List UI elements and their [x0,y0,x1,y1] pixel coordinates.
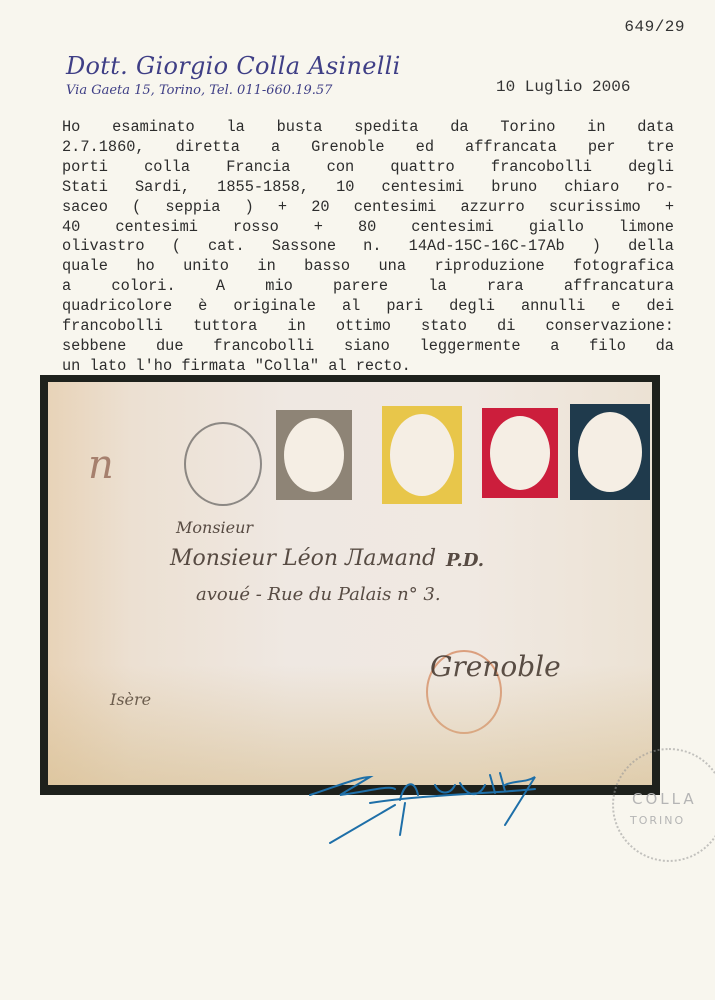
body-line: Ho esaminato la busta spedita da Torino … [62,118,674,138]
body-line: sebbene due francobolli siano leggerment… [62,337,674,357]
address-line-3: avoué - Rue du Palais n° 3. [196,584,441,605]
body-line: saceo ( seppia ) + 20 centesimi azzurro … [62,198,674,218]
address-line-1: Monsieur [176,518,253,537]
stamp-20c-blue [570,404,650,500]
body-line: quadricolore è originale al pari degli a… [62,297,674,317]
cover-photo: n Monsieur Monsieur Léon Ламand avoué - … [40,375,660,795]
stamp-oval [284,418,344,492]
signature [300,755,560,845]
stamp-40c-red [482,408,558,498]
body-line: un lato l'ho firmata "Colla" al recto. [62,357,674,377]
issuer-address: Via Gaeta 15, Torino, Tel. 011-660.19.57 [66,83,332,98]
stamp-oval [390,414,454,496]
body-line: quale ho unito in basso una riproduzione… [62,257,674,277]
reference-number: 649/29 [624,18,685,36]
stamp-oval [490,416,550,490]
body-line: 2.7.1860, diretta a Grenoble ed affranca… [62,138,674,158]
destination-city: Grenoble [430,650,561,683]
seal-top-text: COLLA [632,790,697,808]
certificate-body: Ho esaminato la busta spedita da Torino … [62,118,674,377]
body-line: a colori. A mio parere la rara affrancat… [62,277,674,297]
torino-postmark [184,422,262,506]
body-line: 40 centesimi rosso + 80 centesimi giallo… [62,218,674,238]
envelope: n Monsieur Monsieur Léon Ламand avoué - … [48,382,652,785]
body-line: olivastro ( cat. Sassone n. 14Ad-15C-16C… [62,237,674,257]
isere-note: Isère [110,690,151,709]
issuer-name: Dott. Giorgio Colla Asinelli [66,52,401,80]
pd-mark: P.D. [446,550,484,571]
stamp-10c-sepia [276,410,352,500]
body-line: Stati Sardi, 1855-1858, 10 centesimi bru… [62,178,674,198]
body-line: porti colla Francia con quattro francobo… [62,158,674,178]
body-line: francobolli tuttora in ottimo stato di c… [62,317,674,337]
stamp-80c-yellow [382,406,462,504]
stamp-oval [578,412,642,492]
corner-mark: n [88,442,114,488]
certificate-date: 10 Luglio 2006 [496,78,630,96]
address-line-2: Monsieur Léon Ламand [170,546,436,571]
seal-bottom-text: TORINO [630,814,685,827]
